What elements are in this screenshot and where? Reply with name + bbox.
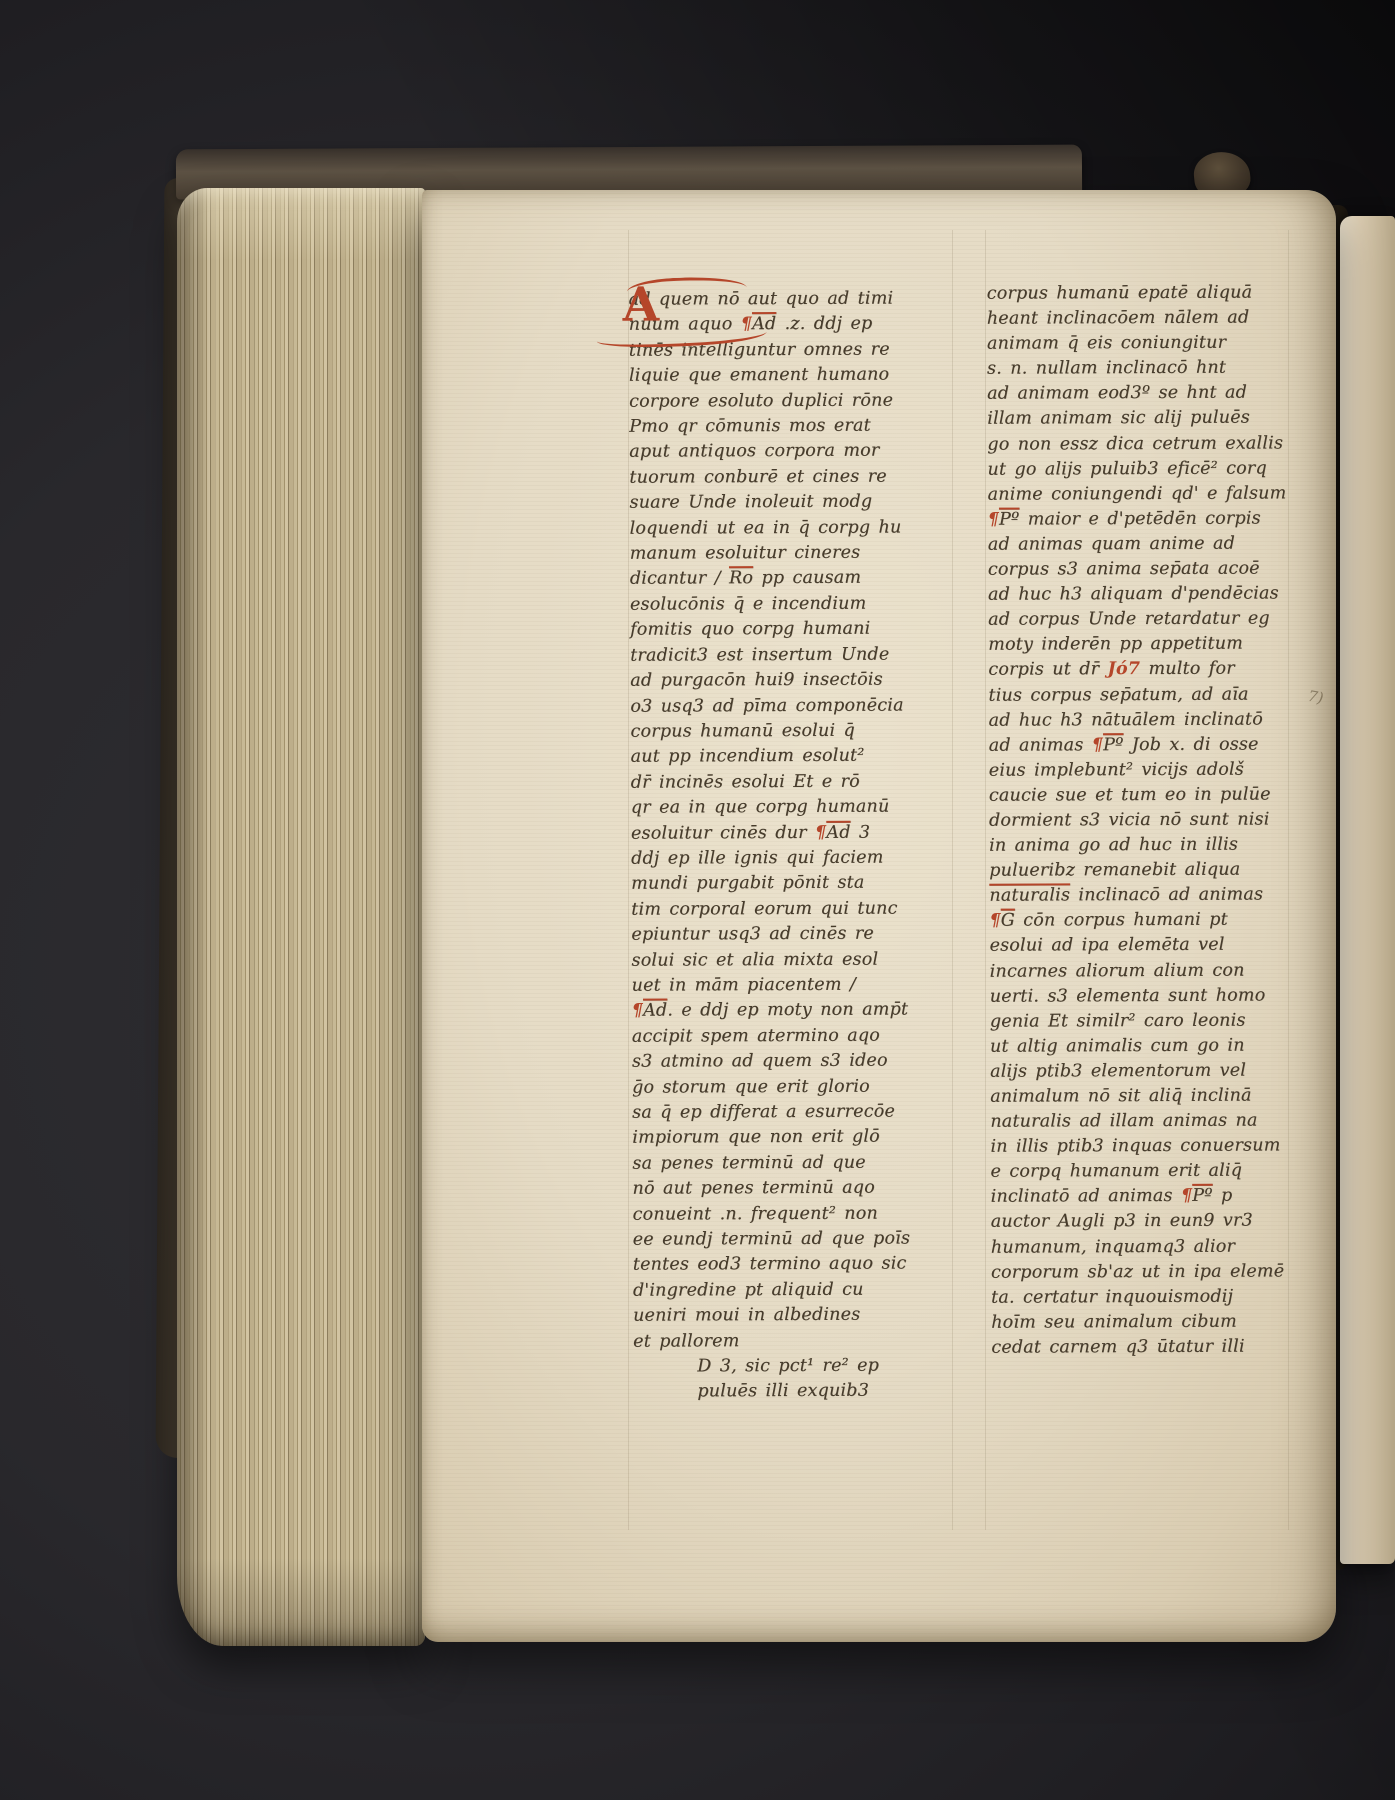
ink-text: dormient s3 vicia nō sunt nisi xyxy=(989,809,1270,830)
manuscript-line: inclinatō ad animas ¶Pº p xyxy=(991,1184,1313,1210)
manuscript-line: ad huc h3 nātuālem inclinatō xyxy=(989,707,1311,733)
ink-text: tradicit3 est insertum Unde xyxy=(630,644,889,665)
ink-text: s3 atmino ad quem s3 ideo xyxy=(632,1051,888,1072)
ink-text: Ad xyxy=(643,1001,667,1021)
manuscript-line: auctor Augli p3 in eun9 vr3 xyxy=(991,1209,1313,1235)
manuscript-line: corpus humanū epatē aliquā xyxy=(987,280,1309,306)
ink-text: ad animam eod3º se hnt ad xyxy=(987,383,1247,404)
ink-text: dr̄ incinēs esolui Et e rō xyxy=(631,771,860,792)
manuscript-line: et pallorem xyxy=(633,1328,951,1355)
ink-text: corpis ut dr̄ xyxy=(988,660,1107,681)
manuscript-line: caucie sue et tum eo in pulūe xyxy=(989,782,1311,808)
ink-text: in anima go ad huc in illis xyxy=(989,835,1238,856)
manuscript-line: naturalis inclinacō ad animas xyxy=(989,883,1311,909)
ink-text: maior e d'petēdēn corpis xyxy=(1019,508,1260,529)
ink-text: ee eundj terminū ad que poīs xyxy=(633,1229,911,1250)
manuscript-line: ad animas ¶Pº Job x. di osse xyxy=(989,732,1311,758)
ruling-line xyxy=(985,230,986,1530)
ink-text: tuorum conburē et cines re xyxy=(629,466,887,487)
manuscript-line: ueniri moui in albedines xyxy=(633,1303,951,1330)
ink-text: G xyxy=(1001,911,1015,931)
manuscript-line: tius corpus sep̄atum, ad aīa xyxy=(988,682,1310,708)
ink-text: esolucōnis q̄ e incendium xyxy=(630,594,867,615)
ink-text: pulueribz remanebit aliqua xyxy=(989,860,1240,881)
ink-text: esoluitur cinēs dur xyxy=(631,822,815,843)
ink-text: e corpq humanum erit aliq̄ xyxy=(990,1161,1242,1182)
rubric-mark: Jó7 xyxy=(1107,659,1140,679)
manuscript-line: anime coniungendi qd' e falsum xyxy=(988,481,1310,507)
ink-text: esolui ad ipa elemēta vel xyxy=(990,935,1225,956)
manuscript-line: ḡo storum que erit glorio xyxy=(632,1074,950,1101)
manuscript-line: ta. certatur inquouismodij xyxy=(991,1284,1313,1310)
manuscript-line: corpore esoluto duplici rōne xyxy=(629,388,947,415)
ink-text: mundi purgabit pōnit sta xyxy=(631,873,864,894)
ink-text: cedat carnem q3 ūtatur illi xyxy=(991,1337,1245,1358)
ink-text: Ad xyxy=(826,822,850,842)
ink-text: Job x. di osse xyxy=(1123,734,1258,755)
manuscript-line: eius implebunt² vicijs adolš xyxy=(989,757,1311,783)
ink-text: epiuntur usq3 ad cinēs re xyxy=(631,924,874,945)
manuscript-line: fomitis quo corpg humani xyxy=(630,617,948,644)
ink-text: naturalis xyxy=(989,886,1070,906)
ink-text: ta. certatur inquouismodij xyxy=(991,1286,1233,1307)
manuscript-line: qr ea in que corpg humanū xyxy=(631,794,949,821)
manuscript-line: e corpq humanum erit aliq̄ xyxy=(990,1159,1312,1185)
manuscript-line: manum esoluitur cineres xyxy=(630,540,948,567)
ink-text: auctor Augli p3 in eun9 vr3 xyxy=(991,1211,1253,1232)
manuscript-line: Pmo qr cōmunis mos erat xyxy=(629,413,947,440)
ink-text: go non essz dica cetrum exallis xyxy=(987,433,1283,454)
ink-text: cōn corpus humani pt xyxy=(1015,910,1228,931)
ink-text: tim corporal eorum qui tunc xyxy=(631,898,897,919)
manuscript-line: dr̄ incinēs esolui Et e rō xyxy=(631,769,949,796)
ink-text: dicantur / xyxy=(630,569,729,589)
manuscript-line: ad purgacōn hui9 insectōis xyxy=(630,667,948,694)
ink-text: ut altig animalis cum go in xyxy=(990,1035,1245,1056)
ink-text: uet in mām piacentem / xyxy=(632,975,856,996)
ink-text: aput antiquos corpora mor xyxy=(629,441,879,462)
manuscript-line: esoluitur cinēs dur ¶Ad 3 xyxy=(631,820,949,847)
manuscript-line: animam q̄ eis coniungitur xyxy=(987,330,1309,356)
manuscript-line: hoīm seu animalum cibum xyxy=(991,1309,1313,1335)
rubric-mark: ¶ xyxy=(1092,735,1103,755)
ink-text: animalum nō sit aliq̄ inclinā xyxy=(990,1086,1252,1107)
rubric-mark: ¶ xyxy=(815,822,826,842)
ink-text: humanum, inquamq3 alior xyxy=(991,1236,1235,1257)
ink-text: ḡo storum que erit glorio xyxy=(632,1076,870,1097)
facing-page-edge xyxy=(1340,216,1395,1564)
manuscript-line: tentes eod3 termino aquo sic xyxy=(633,1252,951,1279)
rubric-mark: ¶ xyxy=(988,509,999,529)
manuscript-line: corpus s3 anima sep̄ata acoē xyxy=(988,556,1310,582)
ink-text: conueint .n. frequent² non xyxy=(633,1203,878,1224)
ink-text: s. n. nullam inclinacō hnt xyxy=(987,358,1226,379)
manuscript-line: corporum sb'az ut in ipa elemē xyxy=(991,1259,1313,1285)
ink-text: puluēs illi exquib3 xyxy=(697,1381,869,1402)
ink-text: uerti. s3 elementa sunt homo xyxy=(990,985,1266,1006)
ink-text: Pº xyxy=(1103,735,1123,755)
manuscript-line: dicantur / Ro pp causam xyxy=(630,566,948,593)
manuscript-line: naturalis ad illam animas na xyxy=(990,1108,1312,1134)
ink-text: nō aut penes terminū aqo xyxy=(632,1178,875,1199)
manuscript-line: sa q̄ ep differat a esurrecōe xyxy=(632,1099,950,1126)
manuscript-line: incarnes aliorum alium con xyxy=(990,958,1312,984)
ink-text: fomitis quo corpg humani xyxy=(630,619,870,640)
marginal-annotation: 7) xyxy=(1307,687,1325,707)
manuscript-line: go non essz dica cetrum exallis xyxy=(987,431,1309,457)
manuscript-line: loquendi ut ea in q̄ corpg hu xyxy=(630,515,948,542)
ink-text: ueniri moui in albedines xyxy=(633,1305,860,1326)
ink-text: tentes eod3 termino aquo sic xyxy=(633,1254,907,1275)
ink-text: Pº xyxy=(1192,1186,1212,1206)
ink-text: manum esoluitur cineres xyxy=(630,543,861,564)
ink-text: d'ingredine pt aliquid cu xyxy=(633,1280,864,1301)
ink-text: aut pp incendium esolut² xyxy=(631,746,865,767)
ink-text: sa q̄ ep differat a esurrecōe xyxy=(632,1102,895,1123)
manuscript-line: suare Unde inoleuit modg xyxy=(629,490,947,517)
rubric-mark: ¶ xyxy=(1181,1186,1192,1206)
manuscript-line: ad animas quam anime ad xyxy=(988,531,1310,557)
manuscript-line: tim corporal eorum qui tunc xyxy=(631,896,949,923)
ruling-line xyxy=(952,230,953,1530)
manuscript-line: dormient s3 vicia nō sunt nisi xyxy=(989,807,1311,833)
manuscript-line: animalum nō sit aliq̄ inclinā xyxy=(990,1083,1312,1109)
ink-text: impiorum que non erit glō xyxy=(632,1127,880,1148)
ink-text: qr ea in que corpg humanū xyxy=(631,797,890,818)
manuscript-line: nō aut penes terminū aqo xyxy=(632,1176,950,1203)
manuscript-line: accipit spem atermino aqo xyxy=(632,1023,950,1050)
open-manuscript-page: ad quem nō aut quo ad timinuum aquo ¶Ad … xyxy=(422,190,1336,1642)
ink-text: .z. ddj ep xyxy=(776,314,872,334)
ink-text: liquie que emanent humano xyxy=(629,365,889,386)
manuscript-line: corpus humanū esolui q̄ xyxy=(630,718,948,745)
text-column-left: ad quem nō aut quo ad timinuum aquo ¶Ad … xyxy=(629,286,952,1405)
manuscript-line: alijs ptib3 elementorum vel xyxy=(990,1058,1312,1084)
manuscript-line: ¶G cōn corpus humani pt xyxy=(989,908,1311,934)
manuscript-line: pulueribz remanebit aliqua xyxy=(989,857,1311,883)
ink-text: corpus s3 anima sep̄ata acoē xyxy=(988,559,1260,580)
ink-text: ad animas quam anime ad xyxy=(988,534,1235,555)
ink-text: moty inderēn pp appetitum xyxy=(988,634,1243,655)
ink-text: p xyxy=(1213,1186,1233,1206)
ink-text: inclinacō ad animas xyxy=(1070,885,1263,906)
manuscript-line: corpis ut dr̄ Jó7 multo for xyxy=(988,657,1310,683)
ink-text: ad huc h3 nātuālem inclinatō xyxy=(989,709,1263,730)
manuscript-line: in anima go ad huc in illis xyxy=(989,832,1311,858)
ink-text: et pallorem xyxy=(633,1331,739,1351)
manuscript-line: solui sic et alia mixta esol xyxy=(631,947,949,974)
ink-text: incarnes aliorum alium con xyxy=(990,960,1245,981)
manuscript-line: ¶Pº maior e d'petēdēn corpis xyxy=(988,506,1310,532)
rubric-mark: ¶ xyxy=(989,911,1000,931)
ink-text: naturalis ad illam animas na xyxy=(990,1111,1257,1132)
ink-text: multo for xyxy=(1140,659,1235,679)
manuscript-line: ad corpus Unde retardatur eg xyxy=(988,607,1310,633)
ink-text: o3 usq3 ad pīma componēcia xyxy=(630,695,903,716)
manuscript-line: puluēs illi exquib3 xyxy=(633,1379,951,1406)
ink-text: heant inclinacōem nālem ad xyxy=(987,308,1250,329)
ink-text: suare Unde inoleuit modg xyxy=(629,492,872,513)
manuscript-line: cedat carnem q3 ūtatur illi xyxy=(991,1334,1313,1360)
manuscript-line: sa penes terminū ad que xyxy=(632,1150,950,1177)
manuscript-line: conueint .n. frequent² non xyxy=(633,1201,951,1228)
manuscript-line: ¶Ad. e ddj ep moty non amp̄t xyxy=(632,998,950,1025)
ink-text: ad corpus Unde retardatur eg xyxy=(988,609,1270,630)
ink-text: genia Et similr² caro leonis xyxy=(990,1010,1246,1031)
ink-text: tius corpus sep̄atum, ad aīa xyxy=(988,684,1248,705)
ink-text: corpus humanū esolui q̄ xyxy=(630,721,854,742)
manuscript-line: ee eundj terminū ad que poīs xyxy=(633,1226,951,1253)
manuscript-line: mundi purgabit pōnit sta xyxy=(631,871,949,898)
ink-text: hoīm seu animalum cibum xyxy=(991,1311,1237,1332)
red-initial: A xyxy=(623,282,660,329)
manuscript-line: ad animam eod3º se hnt ad xyxy=(987,381,1309,407)
ink-text: sa penes terminū ad que xyxy=(632,1152,865,1173)
manuscript-line: humanum, inquamq3 alior xyxy=(991,1234,1313,1260)
ink-text: illam animam sic alij puluēs xyxy=(987,408,1250,429)
ink-text: . e ddj ep moty non amp̄t xyxy=(667,1000,908,1021)
text-column-right: corpus humanū epatē aliquāheant inclinac… xyxy=(987,280,1314,1360)
ink-text: ut go alijs puluib3 eficē² corq xyxy=(987,458,1266,479)
manuscript-line: esolui ad ipa elemēta vel xyxy=(989,933,1311,959)
ink-text: D 3, sic pct¹ re² ep xyxy=(697,1356,879,1377)
ink-text: alijs ptib3 elementorum vel xyxy=(990,1060,1246,1081)
manuscript-line: o3 usq3 ad pīma componēcia xyxy=(630,693,948,720)
manuscript-line: AD 3, sic pct¹ re² ep xyxy=(633,1353,951,1380)
rubric-mark: ¶ xyxy=(632,1001,643,1021)
manuscript-line: illam animam sic alij puluēs xyxy=(987,406,1309,432)
ink-text: 3 xyxy=(851,822,871,842)
ink-text: Pº xyxy=(999,509,1019,529)
ink-text: Pmo qr cōmunis mos erat xyxy=(629,416,871,437)
ink-text: anime coniungendi qd' e falsum xyxy=(988,483,1287,504)
manuscript-line: s3 atmino ad quem s3 ideo xyxy=(632,1048,950,1075)
ink-text: Ro xyxy=(729,569,753,589)
ink-text: inclinatō ad animas xyxy=(991,1186,1181,1207)
ink-text: ad purgacōn hui9 insectōis xyxy=(630,670,883,691)
manuscript-line: aut pp incendium esolut² xyxy=(631,744,949,771)
manuscript-line: heant inclinacōem nālem ad xyxy=(987,305,1309,331)
ink-text: accipit spem atermino aqo xyxy=(632,1025,880,1046)
ink-text: ad huc h3 aliquam d'pendēcias xyxy=(988,584,1279,605)
manuscript-line: moty inderēn pp appetitum xyxy=(988,632,1310,658)
manuscript-line: ut altig animalis cum go in xyxy=(990,1033,1312,1059)
manuscript-line: ddj ep ille ignis qui faciem xyxy=(631,845,949,872)
ink-text: eius implebunt² vicijs adolš xyxy=(989,759,1244,780)
ink-text: animam q̄ eis coniungitur xyxy=(987,333,1226,354)
ink-text: in illis ptib3 inquas conuersum xyxy=(990,1136,1280,1157)
ink-text: caucie sue et tum eo in pulūe xyxy=(989,784,1271,805)
ink-text: loquendi ut ea in q̄ corpg hu xyxy=(630,517,902,538)
ink-text: ddj ep ille ignis qui faciem xyxy=(631,848,884,869)
manuscript-line: tuorum conburē et cines re xyxy=(629,464,947,491)
photo-background: ad quem nō aut quo ad timinuum aquo ¶Ad … xyxy=(0,0,1395,1800)
ink-text: ad animas xyxy=(989,735,1092,755)
manuscript-line: s. n. nullam inclinacō hnt xyxy=(987,356,1309,382)
manuscript-line: genia Et similr² caro leonis xyxy=(990,1008,1312,1034)
ink-text: corporum sb'az ut in ipa elemē xyxy=(991,1261,1284,1282)
fore-edge-page-stack xyxy=(177,188,425,1646)
manuscript-line: esolucōnis q̄ e incendium xyxy=(630,591,948,618)
manuscript-line: ut go alijs puluib3 eficē² corq xyxy=(987,456,1309,482)
manuscript-line: tradicit3 est insertum Unde xyxy=(630,642,948,669)
manuscript-line: epiuntur usq3 ad cinēs re xyxy=(631,921,949,948)
manuscript-line: liquie que emanent humano xyxy=(629,363,947,390)
manuscript-line: impiorum que non erit glō xyxy=(632,1125,950,1152)
manuscript-line: aput antiquos corpora mor xyxy=(629,439,947,466)
ink-text: corpus humanū epatē aliquā xyxy=(987,283,1253,304)
manuscript-line: d'ingredine pt aliquid cu xyxy=(633,1277,951,1304)
ink-text: pp causam xyxy=(753,568,861,588)
manuscript-line: uet in mām piacentem / xyxy=(632,972,950,999)
ink-text: solui sic et alia mixta esol xyxy=(631,949,878,970)
manuscript-line: uerti. s3 elementa sunt homo xyxy=(990,983,1312,1009)
manuscript-line: in illis ptib3 inquas conuersum xyxy=(990,1133,1312,1159)
manuscript-line: ad huc h3 aliquam d'pendēcias xyxy=(988,581,1310,607)
ink-text: corpore esoluto duplici rōne xyxy=(629,390,893,411)
